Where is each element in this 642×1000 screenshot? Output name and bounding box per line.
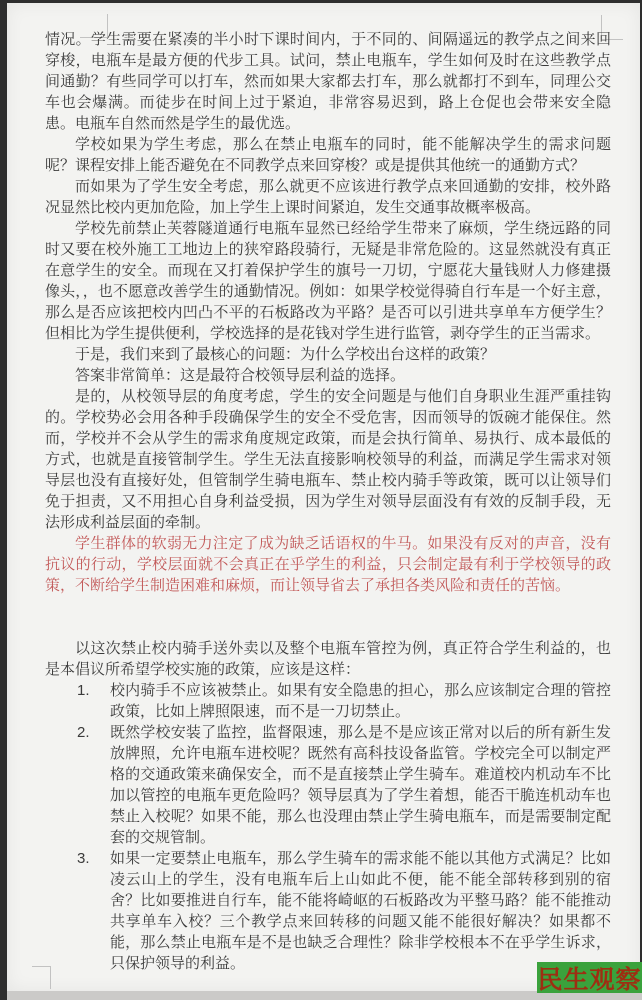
proposal-list: 1. 校内骑手不应该被禁止。如果有安全隐患的担心，那么应该制定合理的管控政策，比…: [45, 680, 611, 974]
paragraph: 答案非常简单：这是最符合校领导层利益的选择。: [45, 365, 611, 386]
list-item: 2. 既然学校安装了监控，监督限速，那么是不是应该正常对以后的所有新生发放牌照，…: [45, 722, 611, 848]
list-item: 1. 校内骑手不应该被禁止。如果有安全隐患的担心，那么应该制定合理的管控政策，比…: [45, 680, 611, 722]
highlighted-paragraph: 学生群体的软弱无力注定了成为缺乏话语权的牛马。如果没有反对的声音，没有抗议的行动…: [45, 533, 611, 596]
list-item-text: 既然学校安装了监控，监督限速，那么是不是应该正常对以后的所有新生发放牌照，允许电…: [110, 724, 611, 846]
list-item: 3. 如果一定要禁止电瓶车，那么学生骑车的需求能不能以其他方式满足？比如凌云山上…: [45, 848, 611, 974]
word-page: 情况。学生需要在紧凑的半小时下课时间内，于不同的、间隔遥远的教学点之间来回穿梭，…: [7, 3, 640, 991]
paragraph-continuation: 情况。学生需要在紧凑的半小时下课时间内，于不同的、间隔遥远的教学点之间来回穿梭，…: [45, 29, 611, 134]
proposal-intro-paragraph: 以这次禁止校内骑手送外卖以及整个电瓶车管控为例，真正符合学生利益的，也是本倡议所…: [45, 638, 611, 680]
paragraph: 学校如果为学生考虑，那么在禁止电瓶车的同时，能不能解决学生的需求问题呢？课程安排…: [45, 134, 611, 176]
paragraph: 学校先前禁止芙蓉隧道通行电瓶车显然已经给学生带来了麻烦，学生绕远路的同时又要在校…: [45, 218, 611, 344]
paragraph: 而如果为了学生安全考虑，那么就更不应该进行教学点来回通勤的安排，校外路况显然比校…: [45, 176, 611, 218]
list-item-text: 如果一定要禁止电瓶车，那么学生骑车的需求能不能以其他方式满足？比如凌云山上的学生…: [110, 850, 611, 972]
document-body-text: 情况。学生需要在紧凑的半小时下课时间内，于不同的、间隔遥远的教学点之间来回穿梭，…: [45, 29, 611, 974]
paragraph: 是的，从校领导层的角度考虑，学生的安全问题是与他们自身职业生涯严重挂钩的。学校势…: [45, 386, 611, 533]
watermark-badge: 民生观察: [537, 962, 642, 993]
list-item-number: 3.: [77, 848, 90, 869]
list-item-number: 2.: [77, 722, 90, 743]
list-item-number: 1.: [77, 680, 90, 701]
list-item-text: 校内骑手不应该被禁止。如果有安全隐患的担心，那么应该制定合理的管控政策，比如上牌…: [110, 682, 611, 720]
paragraph: 于是，我们来到了最核心的问题：为什么学校出台这样的政策？: [45, 344, 611, 365]
